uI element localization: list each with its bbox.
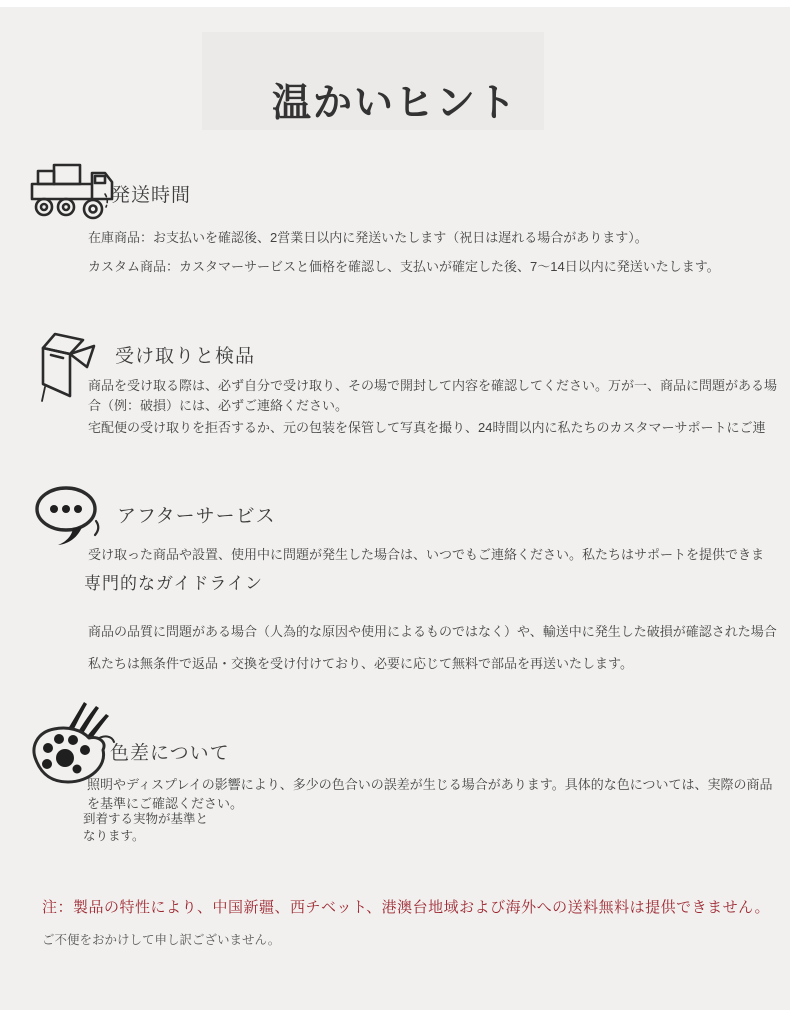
guidelines-paragraph-return: 私たちは無条件で返品・交換を受け付けており、必要に応じて無料で部品を再送いたしま… (88, 654, 633, 674)
guidelines-paragraph-quality: 商品の品質に問題がある場合（人為的な原因や使用によるものではなく）や、輸送中に発… (88, 622, 777, 642)
section-heading-shipping-time: 発送時間 (111, 180, 191, 207)
receipt-paragraph-refuse: 宅配便の受け取りを拒否するか、元の包装を保管して写真を撮り、24時間以内に私たち… (88, 418, 765, 438)
subheading-professional-guidelines: 専門的なガイドライン (84, 569, 263, 594)
warm-hints-page: 温かいヒント 発送時間 在庫商品：お支払いを確認後、2営業日以内に発送いたします… (0, 0, 790, 1010)
shipping-paragraph-custom: カスタム商品：カスタマーサービスと価格を確認し、支払いが確定した後、7～14日以… (88, 257, 720, 277)
color-paragraph-actual-item: 到着する実物が基準と (83, 811, 208, 828)
section-heading-color-difference: 色差について (110, 738, 230, 765)
page-title: 温かいヒント (0, 72, 790, 128)
apology-note: ご不便をおかけして申し訳ございません。 (42, 930, 280, 948)
receipt-paragraph-check: 商品を受け取る際は、必ず自分で受け取り、その場で開封して内容を確認してください。… (88, 376, 780, 416)
top-white-strip (0, 0, 790, 7)
section-heading-receipt-inspection: 受け取りと検品 (115, 341, 255, 368)
shipping-restriction-warning: 注：製品の特性により、中国新疆、西チベット、港澳台地域および海外への送料無料は提… (42, 896, 770, 917)
shipping-paragraph-stock: 在庫商品：お支払いを確認後、2営業日以内に発送いたします（祝日は遅れる場合があり… (88, 228, 648, 248)
color-paragraph-standard: なります。 (83, 828, 145, 845)
speech-bubble-icon (30, 483, 114, 549)
after-service-paragraph: 受け取った商品や設置、使用中に問題が発生した場合は、いつでもご連絡ください。私た… (88, 545, 764, 565)
color-paragraph-lighting: 照明やディスプレイの影響により、多少の色合いの誤差が生じる場合があります。具体的… (87, 775, 779, 813)
section-heading-after-service: アフターサービス (117, 501, 276, 528)
delivery-truck-icon (26, 161, 114, 221)
